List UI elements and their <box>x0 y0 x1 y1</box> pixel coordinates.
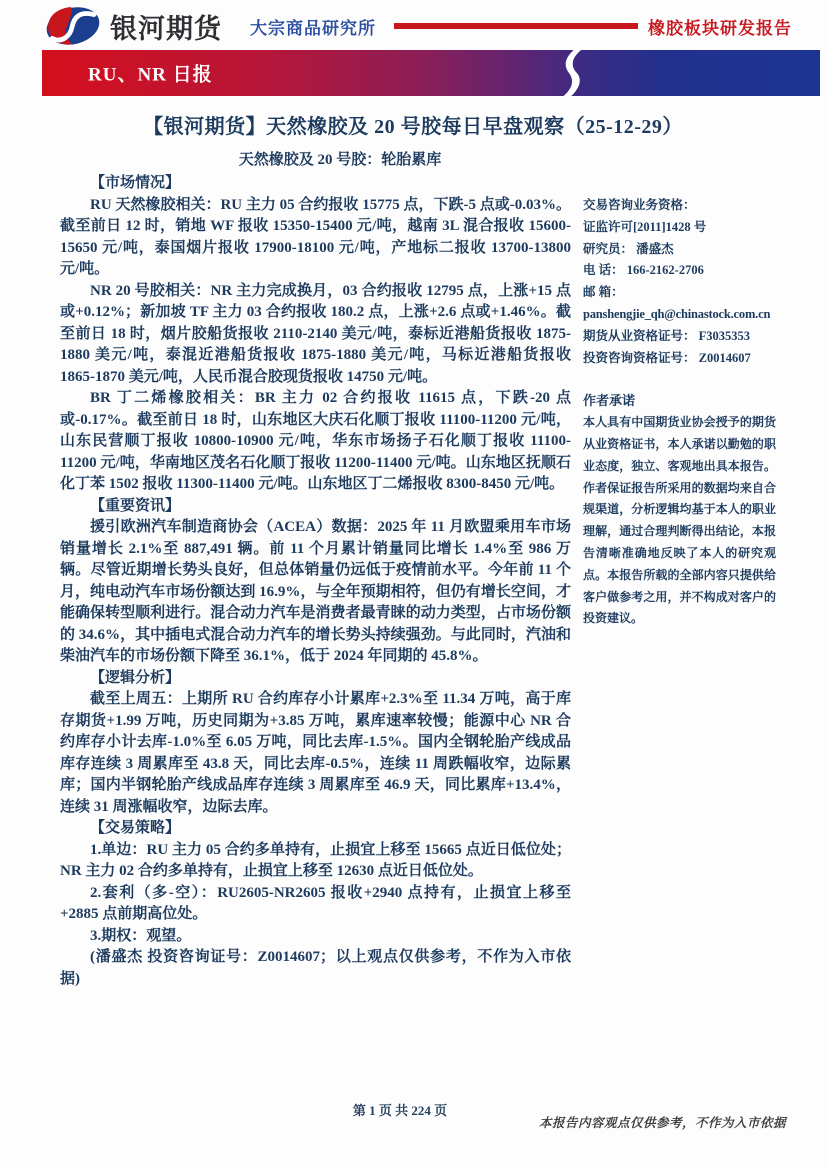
paragraph-nr: NR 20 号胶相关：NR 主力完成换月，03 合约报收 12795 点，上涨+… <box>60 281 571 389</box>
section-heading-strategy: 【交易策略】 <box>60 818 571 840</box>
report-type-banner: RU、NR 日报 <box>42 50 820 96</box>
galaxy-s-icon <box>555 48 585 98</box>
paragraph-strategy-arb: 2.套利（多-空）：RU2605-NR2605 报收+2940 点持有，止损宜上… <box>60 883 571 926</box>
section-heading-news: 【重要资讯】 <box>60 496 571 518</box>
galaxy-futures-logo-icon <box>44 5 102 47</box>
qualification-title: 交易咨询业务资格： <box>583 195 776 217</box>
contact-sidebar: 交易咨询业务资格： 证监许可[2011]1428 号 研究员： 潘盛杰 电 话：… <box>583 195 776 630</box>
page-title: 【银河期货】天然橡胶及 20 号胶每日早盘观察（25-12-29） <box>0 110 826 139</box>
department-name: 大宗商品研究所 <box>250 14 376 39</box>
researcher-row: 研究员： 潘盛杰 <box>583 239 776 261</box>
author-promise-title: 作者承诺 <box>583 390 776 412</box>
author-promise-text: 本人具有中国期货业协会授予的期货从业资格证书，本人承诺以勤勉的职业态度，独立、客… <box>583 412 776 630</box>
header-divider-rule <box>394 23 638 29</box>
email-label-row: 邮 箱： <box>583 282 776 304</box>
top-header: 银河期货 大宗商品研究所 橡胶板块研发报告 <box>44 4 792 48</box>
futures-cert-row: 期货从业资格证号： F3035353 <box>583 326 776 348</box>
banner-title: RU、NR 日报 <box>88 60 213 87</box>
qualification-number: 证监许可[2011]1428 号 <box>583 217 776 239</box>
paragraph-logic: 截至上周五：上期所 RU 合约库存小计累库+2.3%至 11.34 万吨，高于库… <box>60 689 571 818</box>
paragraph-news: 援引欧洲汽车制造商协会（ACEA）数据：2025 年 11 月欧盟乘用车市场销量… <box>60 517 571 668</box>
email-address: panshengjie_qh@chinastock.com.cn <box>583 304 776 326</box>
phone-row: 电 话： 166-2162-2706 <box>583 260 776 282</box>
brand-name: 银河期货 <box>110 7 222 46</box>
paragraph-br: BR 丁二烯橡胶相关：BR 主力 02 合约报收 11615 点，下跌-20 点… <box>60 388 571 496</box>
footer-disclaimer: 本报告内容观点仅供参考，不作为入市依据 <box>539 1113 786 1131</box>
paragraph-strategy-option: 3.期权：观望。 <box>60 926 571 948</box>
report-page: 银河期货 大宗商品研究所 橡胶板块研发报告 RU、NR 日报 【银河期货】天然橡… <box>0 0 826 1169</box>
advisory-cert-row: 投资咨询资格证号： Z0014607 <box>583 348 776 370</box>
paragraph-strategy-single: 1.单边：RU 主力 05 合约多单持有，止损宜上移至 15665 点近日低位处… <box>60 840 571 883</box>
paragraph-author-note: (潘盛杰 投资咨询证号：Z0014607；以上观点仅供参考，不作为入市依据) <box>60 947 571 990</box>
section-heading-logic: 【逻辑分析】 <box>60 668 571 690</box>
page-subtitle: 天然橡胶及 20 号胶：轮胎累库 <box>60 148 620 169</box>
paragraph-ru: RU 天然橡胶相关：RU 主力 05 合约报收 15775 点，下跌-5 点或-… <box>60 195 571 281</box>
section-heading-market: 【市场情况】 <box>60 173 571 195</box>
report-tag: 橡胶板块研发报告 <box>648 14 792 39</box>
report-body: 【市场情况】 RU 天然橡胶相关：RU 主力 05 合约报收 15775 点，下… <box>60 173 571 990</box>
